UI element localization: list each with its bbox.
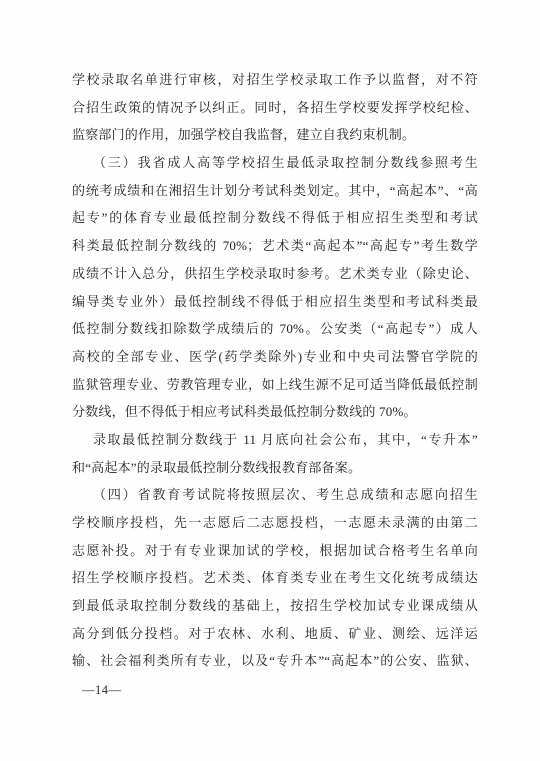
text-line: 监狱管理专业、劳教管理专业，如上线生源不足可适当降低最低控制 — [72, 371, 478, 399]
paragraph: 录取最低控制分数线于 11 月底向社会公布，其中，“专升本” 和“高起本”的录取… — [72, 426, 478, 481]
paragraph: （三）我省成人高等学校招生最低录取控制分数线参照考生 的统考成绩和在湘招生计划分… — [72, 149, 478, 426]
text-line: 科类最低控制分数线的 70%；艺术类“高起本”“高起专”考生数学 — [72, 232, 478, 260]
text-line: 和“高起本”的录取最低控制分数线报教育部备案。 — [72, 454, 478, 482]
text-line: 录取最低控制分数线于 11 月底向社会公布，其中，“专升本” — [72, 426, 478, 454]
text-line: 志愿补投。对于有专业课加试的学校，根据加试合格考生名单向 — [72, 537, 478, 565]
text-line: 成绩不计入总分，供招生学校录取时参考。艺术类专业（除史论、 — [72, 260, 478, 288]
document-page: 学校录取名单进行审核，对招生学校录取工作予以监督，对不符 合招生政策的情况予以纠… — [0, 0, 540, 761]
text-line: 低控制分数线扣除数学成绩后的 70%。公安类（“高起专”）成人 — [72, 315, 478, 343]
paragraph: 学校录取名单进行审核，对招生学校录取工作予以监督，对不符 合招生政策的情况予以纠… — [72, 66, 478, 149]
document-body: 学校录取名单进行审核，对招生学校录取工作予以监督，对不符 合招生政策的情况予以纠… — [72, 66, 478, 675]
text-line: 学校录取名单进行审核，对招生学校录取工作予以监督，对不符 — [72, 66, 478, 94]
text-line: 到最低录取控制分数线的基础上，按招生学校加试专业课成绩从 — [72, 592, 478, 620]
text-line: （三）我省成人高等学校招生最低录取控制分数线参照考生 — [72, 149, 478, 177]
text-line: 输、社会福利类所有专业，以及“专升本”“高起本”的公安、监狱、 — [72, 647, 478, 675]
text-line: 招生学校顺序投档。艺术类、体育类专业在考生文化统考成绩达 — [72, 564, 478, 592]
text-line: 分数线，但不得低于相应考试科类最低控制分数线的 70%。 — [72, 398, 478, 426]
text-line: 高校的全部专业、医学(药学类除外)专业和中央司法警官学院的 — [72, 343, 478, 371]
text-line: （四）省教育考试院将按照层次、考生总成绩和志愿向招生 — [72, 481, 478, 509]
text-line: 合招生政策的情况予以纠正。同时，各招生学校要发挥学校纪检、 — [72, 94, 478, 122]
text-line: 学校顺序投档，先一志愿后二志愿投档，一志愿未录满的由第二 — [72, 509, 478, 537]
paragraph: （四）省教育考试院将按照层次、考生总成绩和志愿向招生 学校顺序投档，先一志愿后二… — [72, 481, 478, 675]
page-number: —14— — [82, 683, 122, 697]
text-line: 高分到低分投档。对于农林、水利、地质、矿业、测绘、远洋运 — [72, 620, 478, 648]
text-line: 的统考成绩和在湘招生计划分考试科类划定。其中，“高起本”、“高 — [72, 177, 478, 205]
text-line: 监察部门的作用，加强学校自我监督，建立自我约束机制。 — [72, 121, 478, 149]
text-line: 编导类专业外）最低控制线不得低于相应招生类型和考试科类最 — [72, 288, 478, 316]
text-line: 起专”的体育专业最低控制分数线不得低于相应招生类型和考试 — [72, 204, 478, 232]
